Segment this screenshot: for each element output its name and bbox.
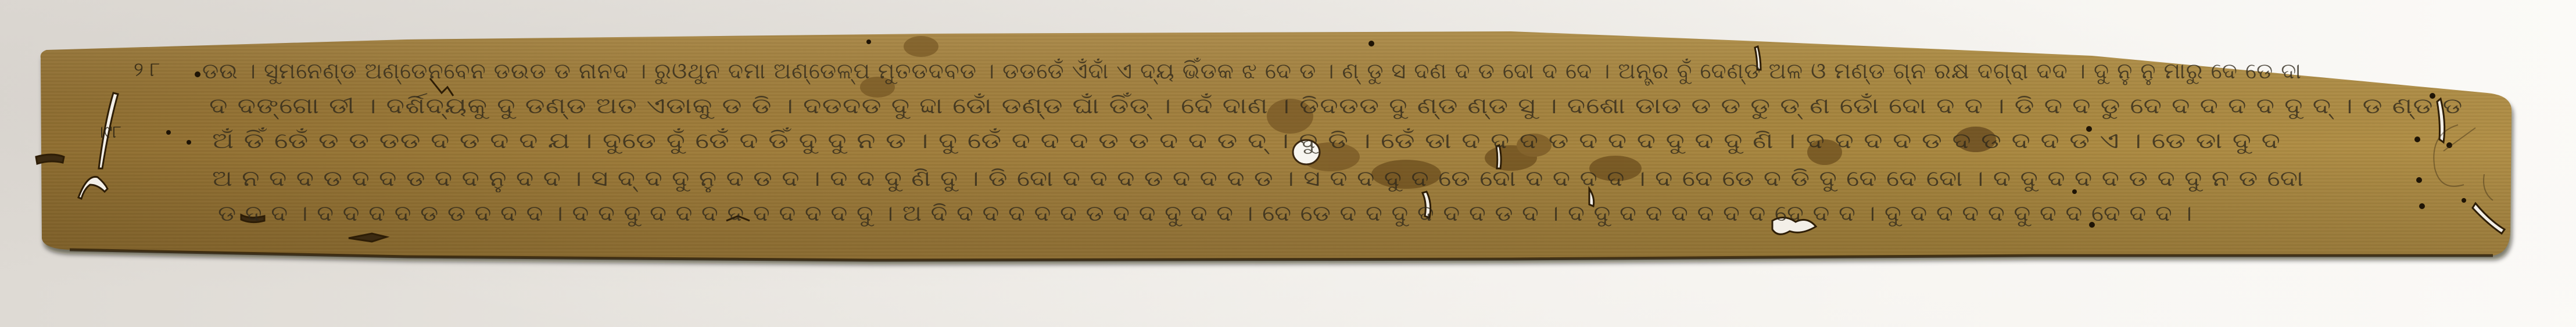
manuscript-line-5: ଡ ଦ ଦ । ଦ ଦ ଦ ଦ ଡ ଡ ଦ ଦ ଦ । ଦ ଦ ଦୁ ଦ ଦ ଦ… xyxy=(218,200,2192,227)
manuscript-line-2: ଦ ଦଙ୍ଗୋ ଡୀ । ଦର୍ଶିଦ୍ୟକୁ ଦୁ ଡଣ୍ଡ ଅତ ଏଡାକୁ… xyxy=(209,93,2463,119)
folio-mark-top: ୨ ୮ xyxy=(134,58,160,81)
palm-leaf xyxy=(0,0,2576,327)
manuscript-line-3: ଅଁ ଡିଁ ଡେଁ ଡ ଡ ଡଡ ଦ ଡ ଦ ଦ ଯ । ଦୁଡେ ଦୁଁ ଡ… xyxy=(212,128,2281,154)
folio-number: ।୯୮ xyxy=(96,122,121,142)
manuscript-line-4: ଅ ନ ଦ ଦ ଡ ଦ ଦ ଡ ଦ ଦ ନୁ ଦ ଦ । ସ ଦ୍ ଦ ଦୁ ନ… xyxy=(212,166,2304,192)
manuscript-line-1: ଡଉ । ସୁମନେଣ୍ଡ ଅଣ୍ଡେନବେନ ଡଉଡ ଡ ନାନଦ । ରୁଓ… xyxy=(202,58,2515,84)
